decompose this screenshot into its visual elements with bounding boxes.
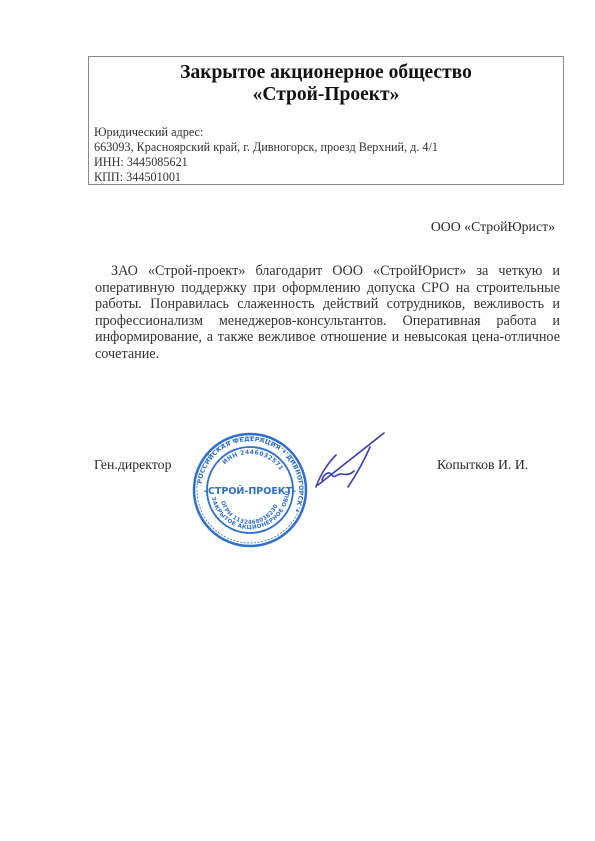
letter-body: ЗАО «Строй-проект» благодарит ООО «Строй… [95, 263, 560, 363]
legal-address: 663093, Красноярский край, г. Дивногорск… [94, 140, 438, 155]
recipient: ООО «СтройЮрист» [0, 219, 555, 235]
kpp: КПП: 344501001 [94, 170, 438, 185]
svg-text:-СТРОЙ-ПРОЕКТ-: -СТРОЙ-ПРОЕКТ- [204, 485, 296, 497]
company-name-title: «Строй-Проект» [89, 84, 563, 106]
legal-address-label: Юридический адрес: [94, 125, 438, 140]
inn: ИНН: 3445085621 [94, 155, 438, 170]
signatory-position: Ген.директор [94, 457, 171, 473]
company-stamp-icon: РОССИЙСКАЯ ФЕДЕРАЦИЯ • ДИВНОГОРСК • ИНН … [192, 432, 308, 548]
company-type-title: Закрытое акционерное общество [89, 62, 563, 84]
signatory-name: Копытков И. И. [437, 457, 528, 473]
handwritten-signature-icon [310, 425, 390, 495]
company-letterhead-box: Закрытое акционерное общество «Строй-Про… [88, 56, 564, 185]
company-details: Юридический адрес: 663093, Красноярский … [94, 125, 438, 185]
